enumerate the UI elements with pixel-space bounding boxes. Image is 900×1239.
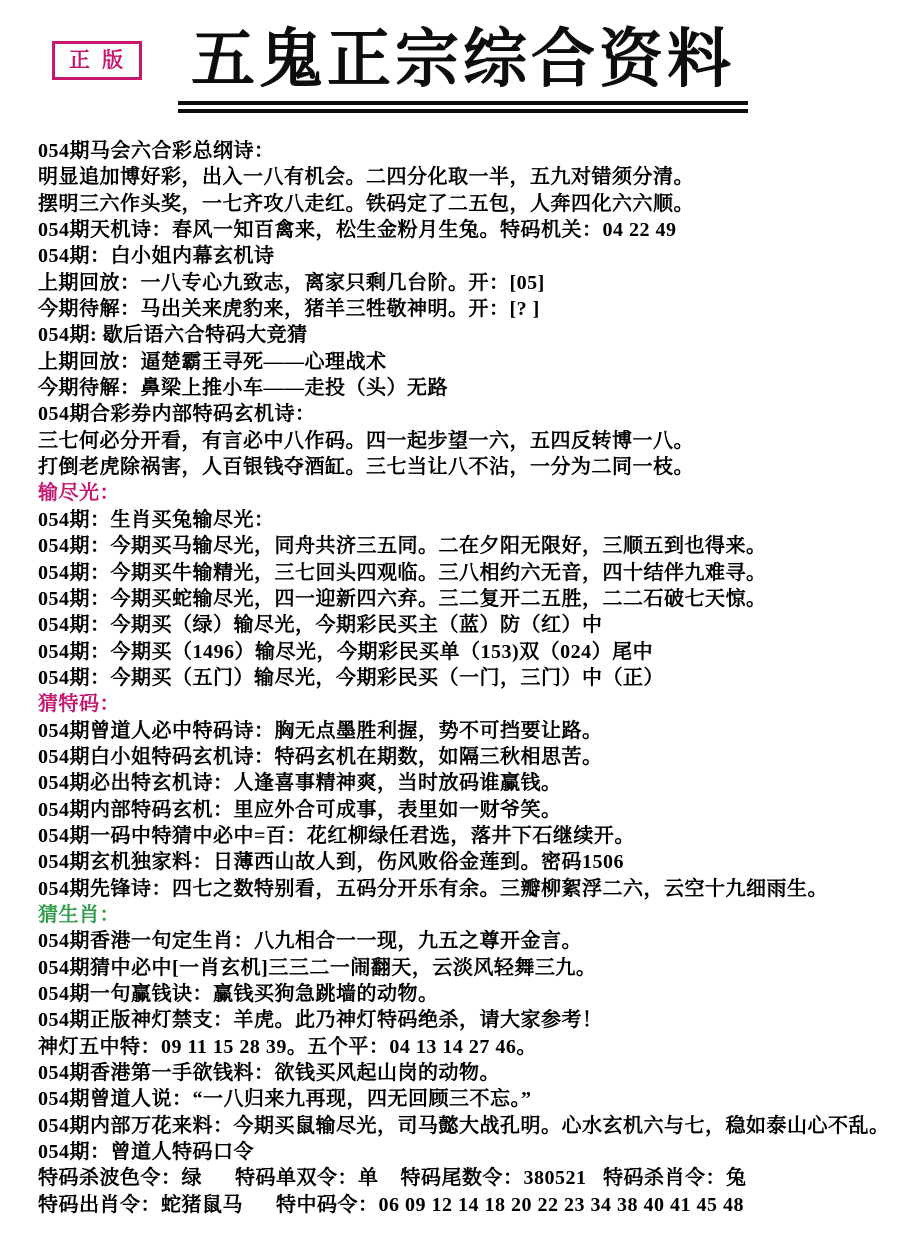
text-line-18: 054期：今期买蛇输尽光，四一迎新四六弃。三二复开二五胜，二二石破七天惊。 — [38, 586, 886, 612]
text-line-10: 今期待解：鼻梁上推小车——走投（头）无路 — [38, 375, 886, 401]
text-line-20: 054期：今期买（1496）输尽光，今期彩民买单（153)双（024）尾中 — [38, 639, 886, 665]
stamp-label: 正版 — [69, 48, 135, 72]
text-line-34: 054期正版神灯禁支：羊虎。此乃神灯特码绝杀，请大家参考！ — [38, 1007, 886, 1033]
title-block: 五鬼正宗综合资料 — [178, 22, 748, 113]
text-line-6: 上期回放：一八专心九致志，离家只剩几台阶。开：[05] — [38, 270, 886, 296]
text-line-40: 特码杀波色令：绿 特码单双令：单 特码尾数令：380521 特码杀肖令：兔 — [38, 1165, 886, 1191]
text-line-17: 054期：今期买牛输精光，三七回头四观临。三八相约六无音，四十结伴九难寻。 — [38, 560, 886, 586]
text-line-16: 054期：今期买马输尽光，同舟共济三五同。二在夕阳无限好，三顺五到也得来。 — [38, 533, 886, 559]
text-line-39: 054期：曾道人特码口令 — [38, 1139, 886, 1165]
text-line-30: 猜生肖： — [38, 902, 886, 928]
text-line-28: 054期玄机独家料：日薄西山故人到，伤风败俗金莲到。密码1506 — [38, 849, 886, 875]
text-line-26: 054期内部特码玄机：里应外合可成事，表里如一财爷笑。 — [38, 797, 886, 823]
page-title: 五鬼正宗综合资料 — [178, 22, 748, 98]
text-line-13: 打倒老虎除祸害，人百银钱夺酒缸。三七当让八不沾，一分为二同一枝。 — [38, 454, 886, 480]
text-line-5: 054期：白小姐内幕玄机诗 — [38, 243, 886, 269]
text-line-36: 054期香港第一手欲钱料：欲钱买风起山岗的动物。 — [38, 1060, 886, 1086]
page-header: 正版 五鬼正宗综合资料 — [0, 0, 900, 136]
text-line-21: 054期：今期买（五门）输尽光，今期彩民买（一门，三门）中（正） — [38, 665, 886, 691]
text-line-35: 神灯五中特：09 11 15 28 39。五个平：04 13 14 27 46。 — [38, 1034, 886, 1060]
body-lines: 054期马会六合彩总纲诗：明显追加博好彩，出入一八有机会。二四分化取一半，五九对… — [38, 138, 886, 1218]
text-line-25: 054期必出特玄机诗：人逢喜事精神爽，当时放码谁赢钱。 — [38, 770, 886, 796]
text-line-38: 054期内部万花来料：今期买鼠输尽光，司马懿大战孔明。心水玄机六与七，稳如泰山心… — [38, 1113, 886, 1139]
text-line-12: 三七何必分开看，有言必中八作码。四一起步望一六，五四反转博一八。 — [38, 428, 886, 454]
text-line-7: 今期待解：马出关来虎豹来，猪羊三牲敬神明。开：[? ] — [38, 296, 886, 322]
text-line-31: 054期香港一句定生肖：八九相合一一现，九五之尊开金言。 — [38, 928, 886, 954]
authentic-stamp: 正版 — [52, 41, 142, 80]
text-line-23: 054期曾道人必中特码诗：胸无点墨胜利握，势不可挡要让路。 — [38, 718, 886, 744]
text-line-33: 054期一句赢钱诀：赢钱买狗急跳墙的动物。 — [38, 981, 886, 1007]
text-line-29: 054期先锋诗：四七之数特别看，五码分开乐有余。三瓣柳絮浮二六，云空十九细雨生。 — [38, 876, 886, 902]
title-underline-top — [178, 101, 748, 105]
text-line-27: 054期一码中特猜中必中=百：花红柳绿任君选，落井下石继续开。 — [38, 823, 886, 849]
text-line-14: 输尽光： — [38, 480, 886, 506]
text-line-2: 明显追加博好彩，出入一八有机会。二四分化取一半，五九对错须分清。 — [38, 164, 886, 190]
text-line-19: 054期：今期买（绿）输尽光，今期彩民买主（蓝）防（红）中 — [38, 612, 886, 638]
text-line-15: 054期：生肖买兔输尽光： — [38, 507, 886, 533]
text-line-24: 054期白小姐特码玄机诗：特码玄机在期数，如隔三秋相思苦。 — [38, 744, 886, 770]
text-line-8: 054期: 歇后语六合特码大竞猜 — [38, 322, 886, 348]
text-line-11: 054期合彩券内部特码玄机诗： — [38, 401, 886, 427]
text-line-37: 054期曾道人说：“一八归来九再现，四无回顾三不忘。” — [38, 1086, 886, 1112]
text-line-4: 054期天机诗：春风一知百禽来，松生金粉月生兔。特码机关：04 22 49 — [38, 217, 886, 243]
text-line-1: 054期马会六合彩总纲诗： — [38, 138, 886, 164]
text-line-9: 上期回放：逼楚霸王寻死——心理战术 — [38, 349, 886, 375]
text-line-41: 特码出肖令：蛇猪鼠马 特中码令：06 09 12 14 18 20 22 23 … — [38, 1192, 886, 1218]
page-root: 正版 五鬼正宗综合资料 054期马会六合彩总纲诗：明显追加博好彩，出入一八有机会… — [0, 0, 900, 1239]
text-line-3: 摆明三六作头奖，一七齐攻八走红。铁码定了二五包，人奔四化六六顺。 — [38, 191, 886, 217]
text-line-22: 猜特码： — [38, 691, 886, 717]
text-line-32: 054期猜中必中[一肖玄机]三三二一闹翻天，云淡风轻舞三九。 — [38, 955, 886, 981]
title-underline-bottom — [178, 109, 748, 113]
